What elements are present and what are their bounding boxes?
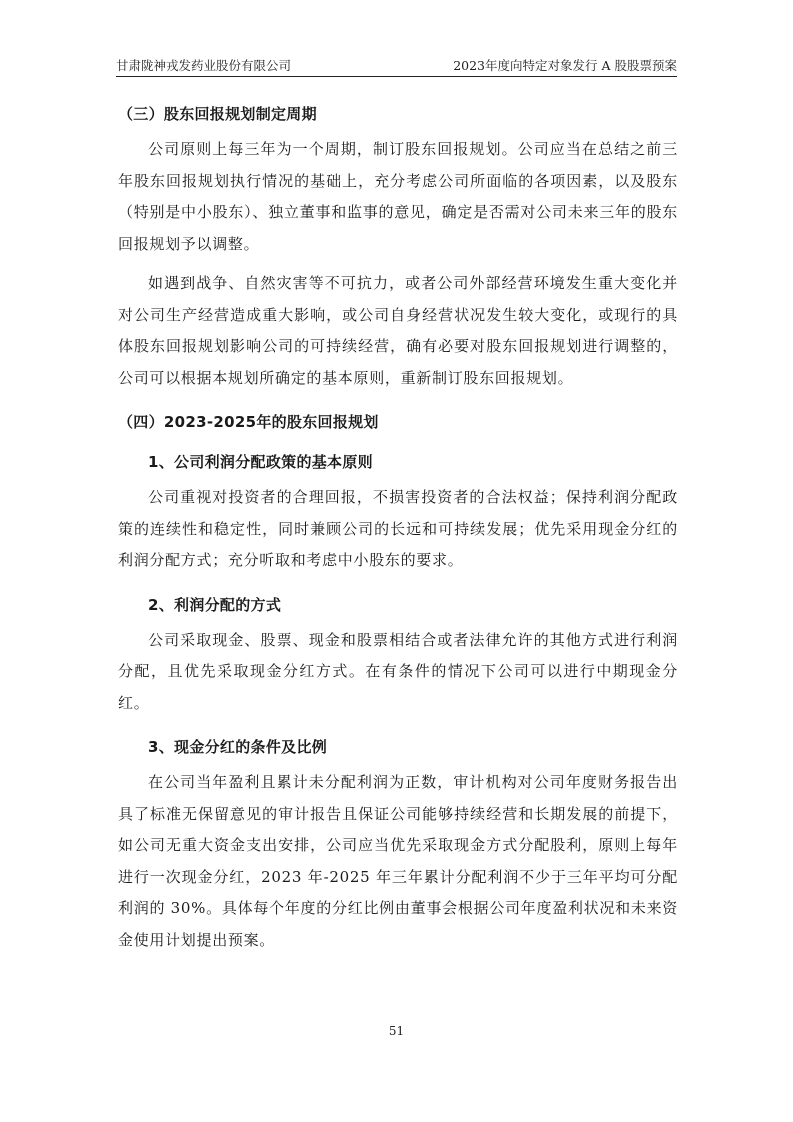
page-number: 51 [0, 1024, 793, 1038]
paragraph-cycle-adjustment: 如遇到战争、自然灾害等不可抗力，或者公司外部经营环境发生重大变化并对公司生产经营… [118, 268, 678, 394]
subsection-heading-methods: 2、利润分配的方式 [118, 585, 678, 625]
page-header: 甘肃陇神戎发药业股份有限公司 2023年度向特定对象发行 A 股股票预案 [116, 58, 677, 77]
paragraph-principles: 公司重视对投资者的合理回报，不损害投资者的合法权益；保持利润分配政策的连续性和稳… [118, 482, 678, 577]
section-heading-cycle: （三）股东回报规划制定周期 [118, 94, 678, 134]
paragraph-cash-dividend: 在公司当年盈利且累计未分配利润为正数，审计机构对公司年度财务报告出具了标准无保留… [118, 767, 678, 956]
header-document-title: 2023年度向特定对象发行 A 股股票预案 [453, 58, 677, 76]
subsection-heading-cash-dividend: 3、现金分红的条件及比例 [118, 727, 678, 767]
header-company-name: 甘肃陇神戎发药业股份有限公司 [116, 58, 291, 76]
paragraph-methods: 公司采取现金、股票、现金和股票相结合或者法律允许的其他方式进行利润分配，且优先采… [118, 625, 678, 720]
section-heading-plan: （四）2023-2025年的股东回报规划 [118, 402, 678, 442]
paragraph-cycle-principle: 公司原则上每三年为一个周期，制订股东回报规划。公司应当在总结之前三年股东回报规划… [118, 134, 678, 260]
page-body: （三）股东回报规划制定周期 公司原则上每三年为一个周期，制订股东回报规划。公司应… [118, 94, 678, 964]
subsection-heading-principles: 1、公司利润分配政策的基本原则 [118, 442, 678, 482]
